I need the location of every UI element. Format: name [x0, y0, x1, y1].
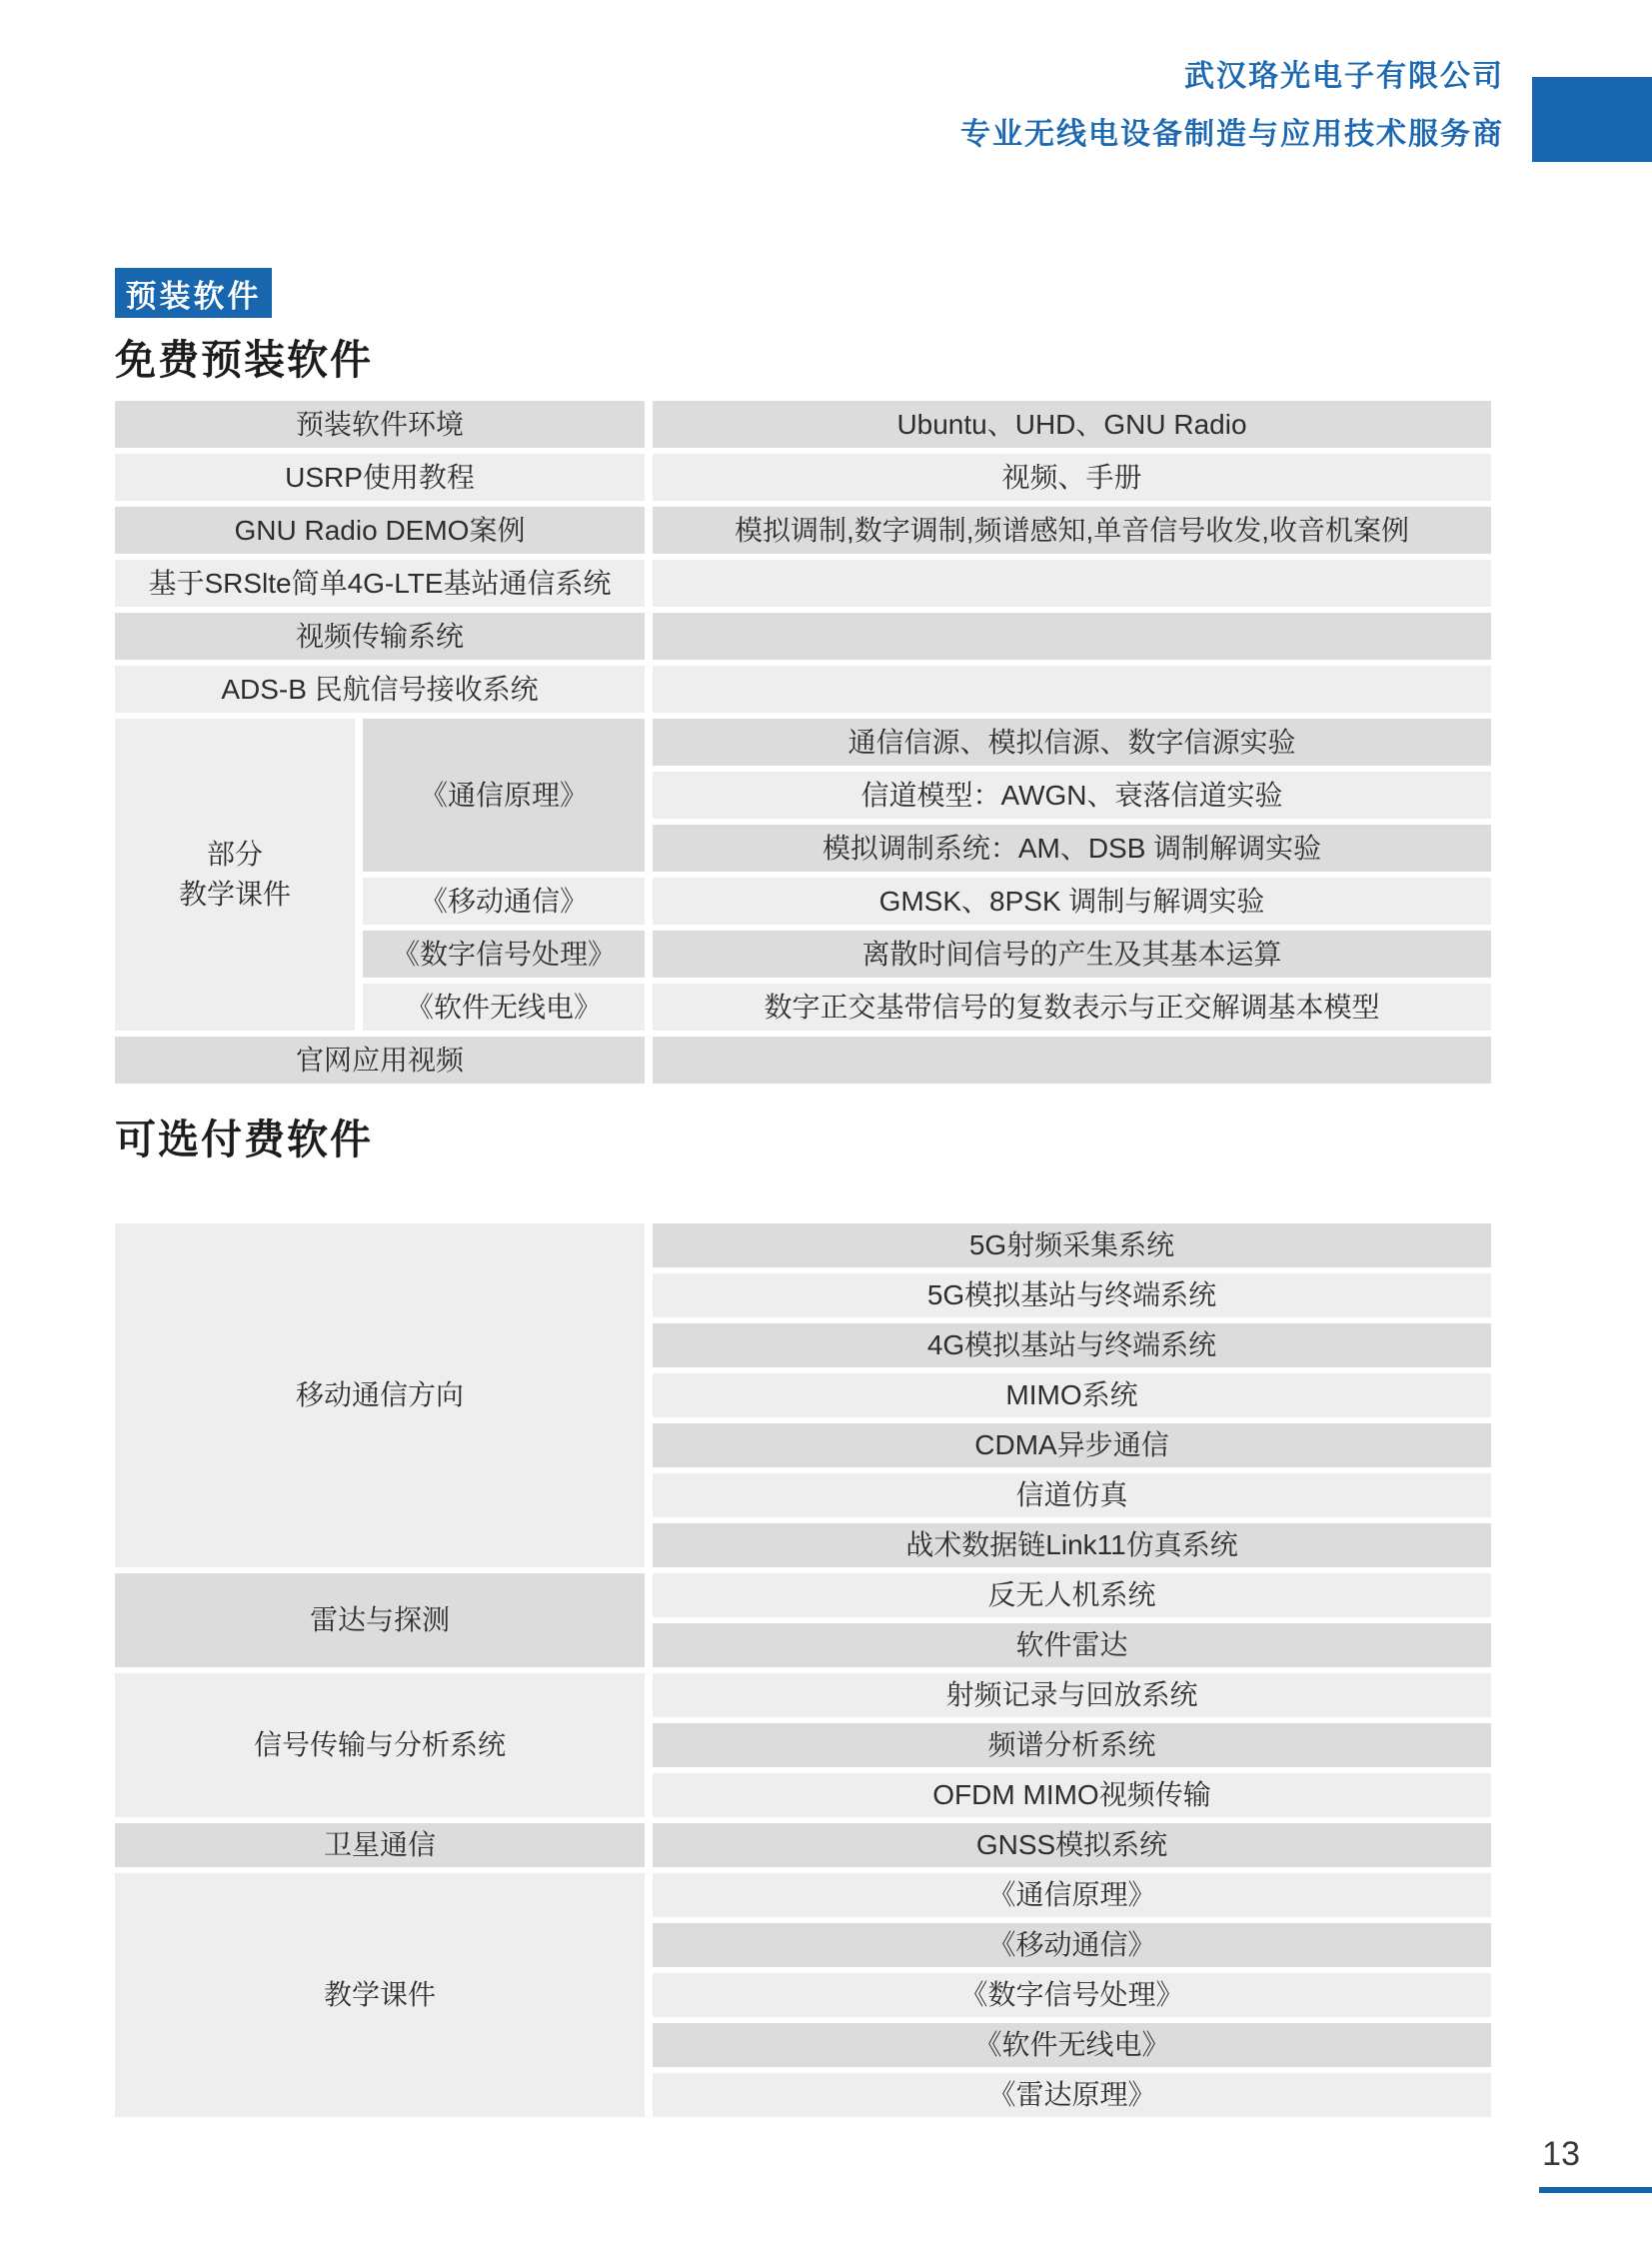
row-value-cell: 视频、手册	[653, 454, 1491, 501]
item-cell: 频谱分析系统	[653, 1723, 1491, 1767]
item-cell: GNSS模拟系统	[653, 1823, 1491, 1867]
item-cell: 《雷达原理》	[653, 2073, 1491, 2117]
experiment-cell: GMSK、8PSK 调制与解调实验	[653, 878, 1491, 925]
item-cell: CDMA异步通信	[653, 1423, 1491, 1467]
corner-accent-square	[1532, 77, 1652, 162]
course-name-cell: 《数字信号处理》	[363, 931, 645, 978]
group-label-line1: 部分	[207, 835, 263, 875]
experiment-cell: 离散时间信号的产生及其基本运算	[653, 931, 1491, 978]
item-cell: 5G模拟基站与终端系统	[653, 1273, 1491, 1317]
group-label-cell: 雷达与探测	[115, 1573, 645, 1667]
item-cell: 战术数据链Link11仿真系统	[653, 1523, 1491, 1567]
item-cell: 5G射频采集系统	[653, 1223, 1491, 1267]
item-cell: 软件雷达	[653, 1623, 1491, 1667]
group-label-cell: 移动通信方向	[115, 1223, 645, 1567]
group-label-line2: 教学课件	[179, 875, 291, 915]
item-cell: OFDM MIMO视频传输	[653, 1773, 1491, 1817]
item-cell: MIMO系统	[653, 1373, 1491, 1417]
item-cell: 《数字信号处理》	[653, 1973, 1491, 2017]
row-label-cell: 基于SRSlte简单4G-LTE基站通信系统	[115, 560, 645, 607]
row-label-cell: USRP使用教程	[115, 454, 645, 501]
item-cell: 信道仿真	[653, 1473, 1491, 1517]
document-page: 武汉珞光电子有限公司 专业无线电设备制造与应用技术服务商 预装软件 免费预装软件…	[0, 0, 1652, 2244]
row-value-cell	[653, 666, 1491, 713]
row-value-cell	[653, 1037, 1491, 1084]
free-software-table: 预装软件环境 Ubuntu、UHD、GNU Radio USRP使用教程 视频、…	[115, 401, 1491, 1084]
item-cell: 《移动通信》	[653, 1923, 1491, 1967]
experiment-cell: 信道模型：AWGN、衰落信道实验	[653, 772, 1491, 819]
course-name-cell: 《软件无线电》	[363, 984, 645, 1031]
paid-section-title: 可选付费软件	[115, 1114, 1491, 1165]
free-section-title: 免费预装软件	[115, 334, 1491, 386]
group-label-cell: 卫星通信	[115, 1823, 645, 1867]
group-label-cell: 部分 教学课件	[115, 719, 355, 1031]
page-content: 预装软件 免费预装软件 预装软件环境 Ubuntu、UHD、GNU Radio …	[115, 0, 1491, 2117]
footer-accent-line	[1539, 2187, 1652, 2193]
row-label-cell: 视频传输系统	[115, 613, 645, 660]
row-label-cell: 官网应用视频	[115, 1037, 645, 1084]
experiment-cell: 数字正交基带信号的复数表示与正交解调基本模型	[653, 984, 1491, 1031]
item-cell: 《软件无线电》	[653, 2023, 1491, 2067]
group-label-cell: 信号传输与分析系统	[115, 1673, 645, 1817]
section-badge: 预装软件	[115, 268, 272, 318]
page-number: 13	[1542, 2135, 1580, 2174]
row-value-cell	[653, 613, 1491, 660]
group-label-cell: 教学课件	[115, 1873, 645, 2117]
item-cell: 射频记录与回放系统	[653, 1673, 1491, 1717]
course-name-cell: 《通信原理》	[363, 719, 645, 872]
paid-software-table: 移动通信方向 雷达与探测 信号传输与分析系统 卫星通信 教学课件 5G射频采集系…	[115, 1223, 1491, 2117]
row-value-cell	[653, 560, 1491, 607]
row-label-cell: GNU Radio DEMO案例	[115, 507, 645, 554]
experiment-cell: 通信信源、模拟信源、数字信源实验	[653, 719, 1491, 766]
item-cell: 反无人机系统	[653, 1573, 1491, 1617]
row-value-cell: Ubuntu、UHD、GNU Radio	[653, 401, 1491, 448]
row-label-cell: ADS-B 民航信号接收系统	[115, 666, 645, 713]
experiment-cell: 模拟调制系统：AM、DSB 调制解调实验	[653, 825, 1491, 872]
row-value-cell: 模拟调制,数字调制,频谱感知,单音信号收发,收音机案例	[653, 507, 1491, 554]
item-cell: 4G模拟基站与终端系统	[653, 1323, 1491, 1367]
row-label-cell: 预装软件环境	[115, 401, 645, 448]
course-name-cell: 《移动通信》	[363, 878, 645, 925]
item-cell: 《通信原理》	[653, 1873, 1491, 1917]
